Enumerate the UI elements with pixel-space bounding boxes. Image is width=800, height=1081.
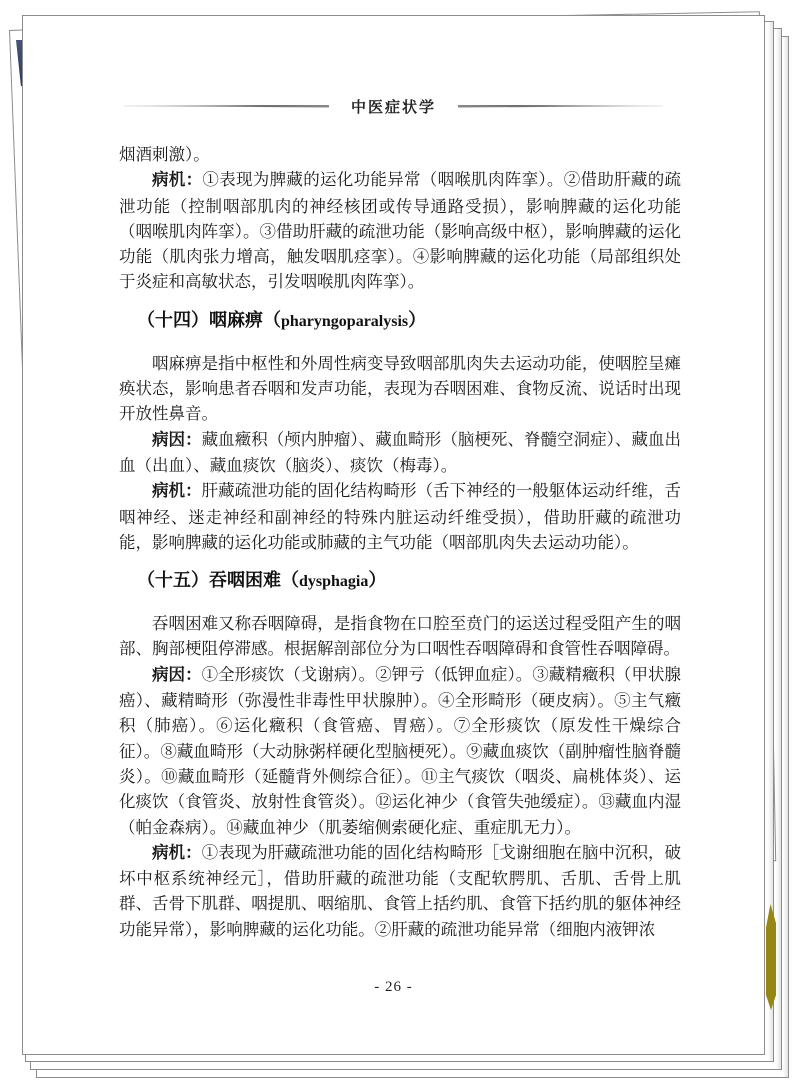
heading-close: ） (408, 310, 426, 330)
paragraph-definition-15: 吞咽困难又称吞咽障碍，是指食物在口腔至贲门的运送过程受阻产生的咽部、胸部梗阻停滞… (119, 611, 681, 662)
section-heading-14: （十四）咽麻痹（pharyngoparalysis） (119, 307, 681, 335)
header-rule-left (124, 105, 329, 108)
paragraph-pathogenesis-13: 病机：①表现为脾藏的运化功能异常（咽喉肌肉阵挛）。②借助肝藏的疏泄功能（控制咽部… (119, 167, 681, 294)
heading-close: ） (368, 570, 386, 590)
paragraph-text: ①表现为肝藏疏泄功能的固化结构畸形［戈谢细胞在脑中沉积，破坏中枢系统神经元］，借… (119, 843, 681, 939)
paragraph-etiology-14: 病因：藏血癥积（颅内肿瘤）、藏血畸形（脑梗死、脊髓空洞症）、藏血出血（出血）、藏… (119, 427, 681, 479)
term-label: 病机： (152, 844, 202, 862)
paragraph-text: 烟酒刺激）。 (119, 145, 210, 164)
paragraph-continuation: 烟酒刺激）。 (119, 142, 681, 167)
paragraph-text: 藏血癥积（颅内肿瘤）、藏血畸形（脑梗死、脊髓空洞症）、藏血出血（出血）、藏血痰饮… (119, 430, 681, 475)
book-page-stack: 中医症状学 烟酒刺激）。 病机：①表现为脾藏的运化功能异常（咽喉肌肉阵挛）。②借… (0, 0, 800, 1081)
heading-en: pharyngoparalysis (281, 313, 408, 330)
paragraph-text: ①全形痰饮（戈谢病）。②钾亏（低钾血症）。③藏精癥积（甲状腺癌）、藏精畸形（弥漫… (119, 665, 681, 837)
olive-cover-edge (766, 904, 776, 1010)
heading-cn: （十四）咽麻痹（ (137, 310, 281, 330)
term-label: 病因： (152, 431, 202, 449)
term-label: 病机： (152, 171, 202, 189)
paragraph-pathogenesis-14: 病机：肝藏疏泄功能的固化结构畸形（舌下神经的一般躯体运动纤维，舌咽神经、迷走神经… (119, 478, 681, 555)
page-body: 烟酒刺激）。 病机：①表现为脾藏的运化功能异常（咽喉肌肉阵挛）。②借助肝藏的疏泄… (119, 142, 681, 942)
paragraph-text: 肝藏疏泄功能的固化结构畸形（舌下神经的一般躯体运动纤维，舌咽神经、迷走神经和副神… (119, 481, 681, 552)
running-header: 中医症状学 (23, 97, 764, 115)
paragraph-pathogenesis-15: 病机：①表现为肝藏疏泄功能的固化结构畸形［戈谢细胞在脑中沉积，破坏中枢系统神经元… (119, 840, 681, 942)
term-label: 病因： (152, 666, 202, 684)
paragraph-text: 咽麻痹是指中枢性和外周性病变导致咽部肌肉失去运动功能，使咽腔呈瘫痪状态，影响患者… (119, 354, 681, 424)
term-label: 病机： (152, 482, 202, 500)
heading-cn: （十五）吞咽困难（ (137, 570, 299, 590)
header-rule-right (458, 105, 663, 108)
paragraph-definition-14: 咽麻痹是指中枢性和外周性病变导致咽部肌肉失去运动功能，使咽腔呈瘫痪状态，影响患者… (119, 351, 681, 427)
paragraph-text: 吞咽困难又称吞咽障碍，是指食物在口腔至贲门的运送过程受阻产生的咽部、胸部梗阻停滞… (119, 614, 681, 658)
paragraph-etiology-15: 病因：①全形痰饮（戈谢病）。②钾亏（低钾血症）。③藏精癥积（甲状腺癌）、藏精畸形… (119, 662, 681, 840)
book-title: 中医症状学 (351, 96, 436, 117)
section-heading-15: （十五）吞咽困难（dysphagia） (119, 567, 681, 595)
page-number: - 26 - (23, 979, 764, 996)
paragraph-text: ①表现为脾藏的运化功能异常（咽喉肌肉阵挛）。②借助肝藏的疏泄功能（控制咽部肌肉的… (119, 170, 681, 291)
main-page: 中医症状学 烟酒刺激）。 病机：①表现为脾藏的运化功能异常（咽喉肌肉阵挛）。②借… (22, 15, 765, 1055)
heading-en: dysphagia (299, 573, 368, 590)
